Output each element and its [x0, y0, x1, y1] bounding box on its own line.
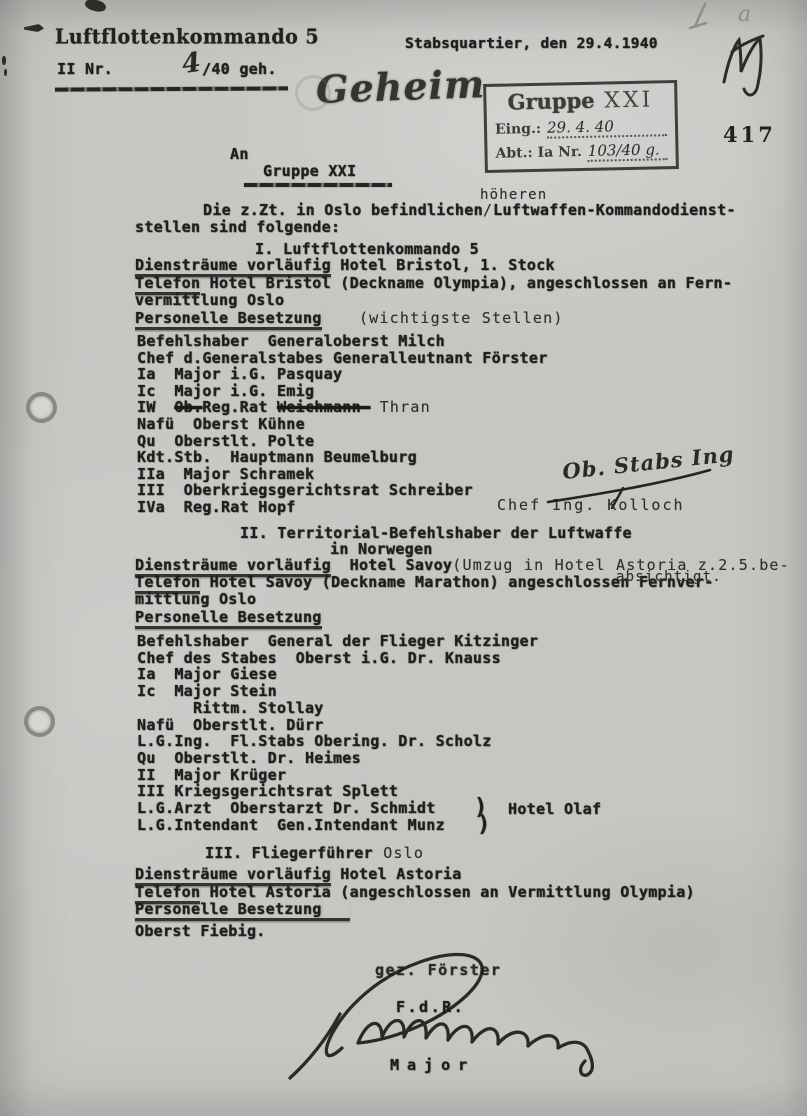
signature — [290, 954, 592, 1078]
ghost-stamp-ring — [295, 75, 331, 111]
pencil-stroke-one — [690, 4, 706, 28]
scanned-document-page: Luftflottenkommando 5 II Nr. 4 /40 geh. … — [0, 0, 807, 1116]
margin-note-flourish — [548, 470, 710, 502]
handwritten-initials — [724, 36, 763, 95]
handwriting-overlay — [0, 0, 807, 1116]
